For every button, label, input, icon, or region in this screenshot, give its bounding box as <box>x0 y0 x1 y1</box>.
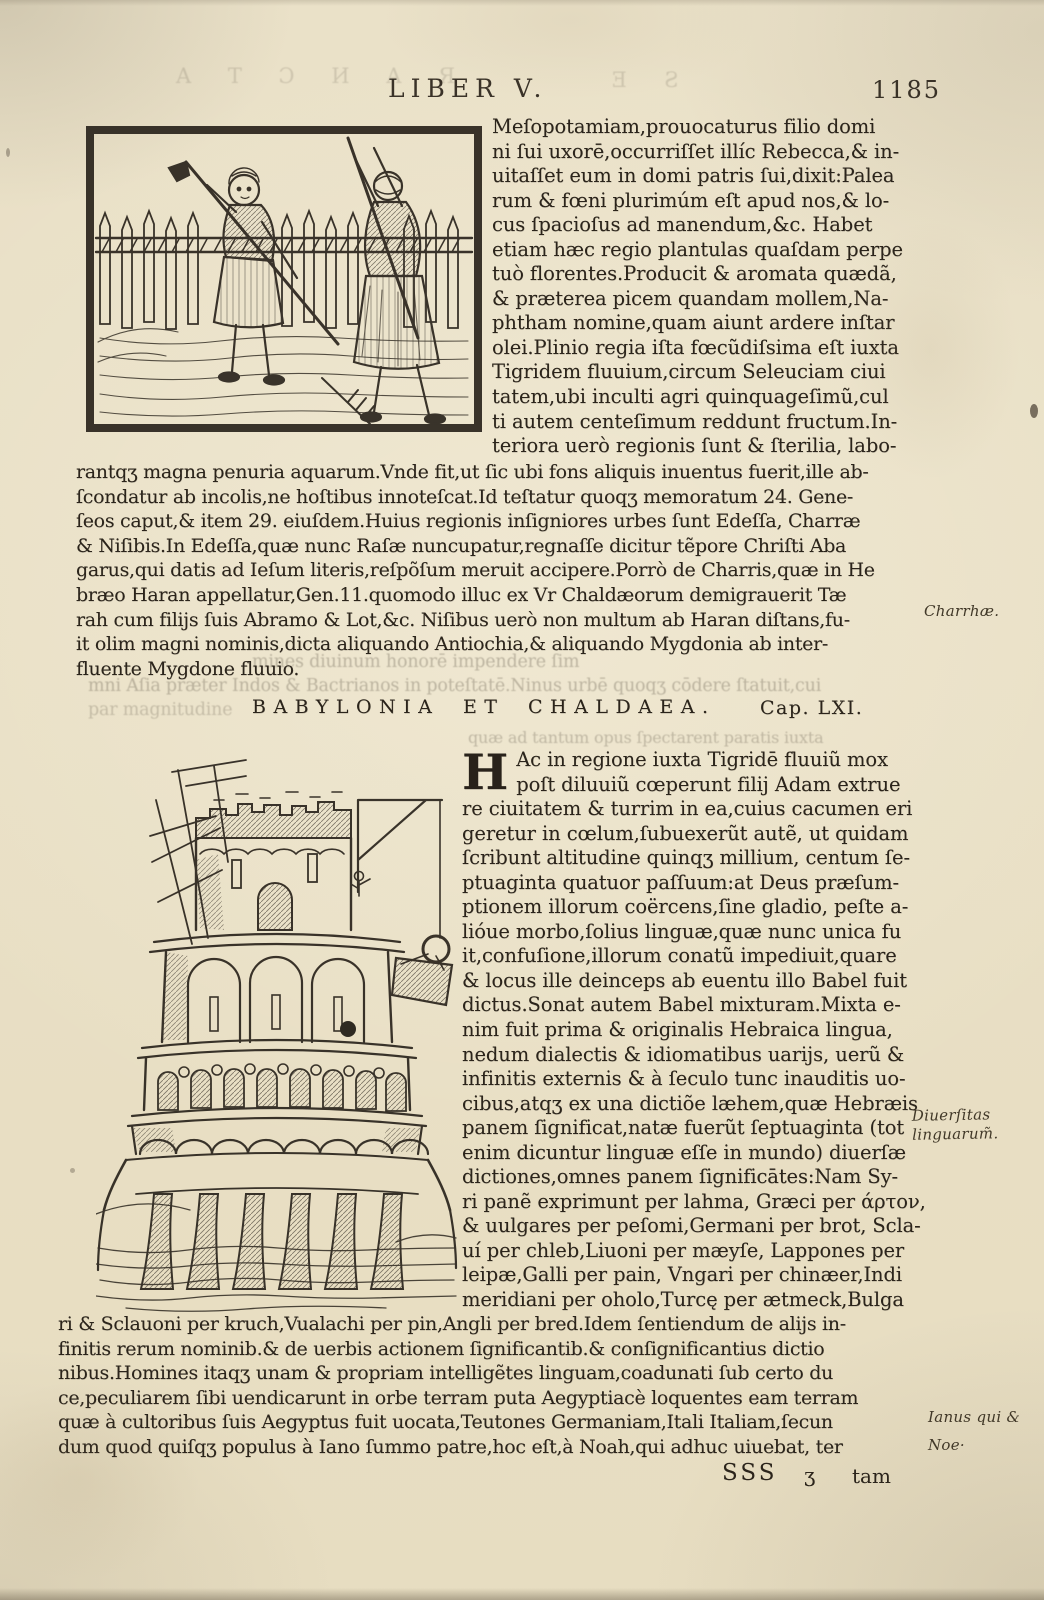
text-line: cus ſpacioſus ad manendum,&c. Habet <box>492 213 928 238</box>
catchword: tam <box>852 1464 891 1488</box>
margin-note-line: Diuerſitas <box>912 1105 999 1126</box>
text-line: meridiani per oholo,Turcę per ætmeck,Bul… <box>462 1288 932 1313</box>
text-line: ptionem illorum coërcens,ſine gladio, pe… <box>462 895 932 920</box>
text-line: nedum dialectis & idiomatibus uarijs, ue… <box>462 1043 932 1068</box>
text-line: ni ſui uxorē,occurriſſet illíc Rebecca,&… <box>492 140 928 165</box>
text-line: cibus,atqʒ ex una dictiõe læhem,quæ Hebr… <box>462 1092 932 1117</box>
margin-note-diversitas: Diuerſitas linguarum̃. <box>912 1105 999 1145</box>
text-line: dictiones,omnes panem ſignificātes:Nam S… <box>462 1165 932 1190</box>
text-line: ti autem centeſimum reddunt fructum.In- <box>492 410 928 435</box>
text-line: nibus.Homines itaqʒ unam & propriam inte… <box>58 1361 934 1386</box>
ghost-text: par magnitudine <box>88 700 232 720</box>
signature-number: ʒ <box>804 1463 815 1487</box>
text-line: infinitis externis & à ſeculo tunc inaud… <box>462 1067 932 1092</box>
text-line: ſcribunt altitudine quinqʒ millium, cent… <box>462 846 932 871</box>
margin-note-line: linguarum̃. <box>912 1124 999 1145</box>
text-line: & Niſibis.In Edeſſa,quæ nunc Raſæ nuncup… <box>76 534 928 559</box>
text-line: ſeos caput,& item 29. eiuſdem.Huius regi… <box>76 509 928 534</box>
text-line: quæ à cultoribus ſuis Aegyptus fuit uoca… <box>58 1410 934 1435</box>
text-line: poſt diluuiũ cœperunt filij Adam extrue <box>462 773 932 798</box>
scan-edge-bottom <box>0 1588 1044 1600</box>
text-line: uitaſſet eum in domi patris ſui,dixit:Pa… <box>492 164 928 189</box>
text-line: olei.Plinio regia iſta fœcũdiſsima eſt i… <box>492 336 928 361</box>
column-right-text: Meſopotamiam,prouocaturus filio domini ſ… <box>492 115 928 459</box>
margin-note-charrhae: Charrhæ. <box>924 602 999 621</box>
text-line: ſcondatur ab incolis,ne hoſtibus innoteſ… <box>76 485 928 510</box>
tower-of-babel-woodcut <box>96 742 458 1317</box>
text-line: enim dicuntur linguæ eſſe in mundo) diue… <box>462 1141 932 1166</box>
margin-note-ianus: Ianus qui & Noe· <box>928 1408 1020 1455</box>
text-line: dum quod quiſqʒ populus à Iano ſummo pat… <box>58 1435 934 1460</box>
text-line: Tigridem fluuium,circum Seleuciam ciui <box>492 360 928 385</box>
text-line: ri panẽ exprimunt per lahma, Græci per ά… <box>462 1190 932 1215</box>
text-line: re ciuitatem & turrim in ea,cuius cacume… <box>462 797 932 822</box>
signature-mark: SSS <box>722 1460 777 1486</box>
ink-speck <box>6 148 10 157</box>
text-line: panem ſignificat,natæ fuerũt ſeptuaginta… <box>462 1116 932 1141</box>
text-line: uí per chleb,Liuoni per mæyſe, Lappones … <box>462 1239 932 1264</box>
text-line: tuò florentes.Producit & aromata quædã, <box>492 262 928 287</box>
text-line: it olim magni nominis,dicta aliquando An… <box>76 632 928 657</box>
text-line: bræo Haran appellatur,Gen.11.quomodo ill… <box>76 583 928 608</box>
drop-cap: H <box>462 748 516 794</box>
text-line: ri & Sclauoni per kruch,Vualachi per pin… <box>58 1312 934 1337</box>
fullwidth-text-1: rantqʒ magna penuria aquarum.Vnde fit,ut… <box>76 460 928 681</box>
text-line: rum & fœni plurimúm eſt apud nos,& lo- <box>492 189 928 214</box>
text-line: rantqʒ magna penuria aquarum.Vnde fit,ut… <box>76 460 928 485</box>
margin-note-line: Noe· <box>928 1436 1020 1455</box>
chapter-label: Cap. LXI. <box>760 697 863 719</box>
text-line: geretur in cœlum,ſubuexerũt autẽ, ut qui… <box>462 822 932 847</box>
text-line: & præterea picem quandam mollem,Na- <box>492 287 928 312</box>
text-line: garus,qui datis ad Ieſum literis,reſpõſu… <box>76 558 928 583</box>
text-line: ce,peculiarem ſibi uendicarunt in orbe t… <box>58 1386 934 1411</box>
text-line: it,confuſione,illorum conatũ impediuit,q… <box>462 944 932 969</box>
text-line: dictus.Sonat autem Babel mixturam.Mixta … <box>462 993 932 1018</box>
page-number: 1185 <box>872 76 941 104</box>
text-line: finitis rerum nominib.& de uerbis action… <box>58 1337 934 1362</box>
ink-speck <box>1030 404 1038 418</box>
page-title: LIBER V. <box>388 74 548 103</box>
ink-speck <box>70 1168 75 1173</box>
text-line: leipæ,Galli per pain, Vngari per chinæer… <box>462 1263 932 1288</box>
text-line: Ac in regione iuxta Tigridē fluuiũ mox <box>462 748 932 773</box>
ghost-text: Ǝ Ƨ <box>612 68 693 92</box>
margin-note-line: Ianus qui & <box>928 1408 1020 1427</box>
text-line: tatem,ubi inculti agri quinquageſimũ,cul <box>492 385 928 410</box>
fullwidth-text-2: ri & Sclauoni per kruch,Vualachi per pin… <box>58 1312 934 1460</box>
text-line: & uulgares per peſomi,Germani per brot, … <box>462 1214 932 1239</box>
column-right-text-2: H Ac in regione iuxta Tigridē fluuiũ mox… <box>462 748 932 1313</box>
text-line: nim fuit prima & originalis Hebraica lin… <box>462 1018 932 1043</box>
text-line: etiam hæc regio plantulas quaſdam perpe <box>492 238 928 263</box>
text-line: phtham nomine,quam aiunt ardere inſtar <box>492 311 928 336</box>
ghost-text: quæ ad tantum opus ſpectarent paratis iu… <box>468 728 823 747</box>
text-line: & locus ille deinceps ab euentu illo Bab… <box>462 969 932 994</box>
haymaking-woodcut <box>86 126 482 432</box>
book-page-scan: A T Ɔ И A Я Ǝ Ƨ mines diuinum honorē imp… <box>0 0 1044 1600</box>
section-heading: BABYLONIA ET CHALDAEA. <box>252 696 716 718</box>
text-line: Meſopotamiam,prouocaturus filio domi <box>492 115 928 140</box>
text-line: lióue morbo,ſolius linguæ,quæ nunc unica… <box>462 920 932 945</box>
text-line: rah cum filijs ſuis Abramo & Lot,&c. Niſ… <box>76 608 928 633</box>
text-line: ptuaginta quatuor paſſuum:at Deus præſum… <box>462 871 932 896</box>
scan-edge-top <box>0 0 1044 6</box>
text-line: fluente Mygdone fluuio. <box>76 657 928 682</box>
text-line: teriora uerò regionis ſunt & ſterilia, l… <box>492 434 928 459</box>
